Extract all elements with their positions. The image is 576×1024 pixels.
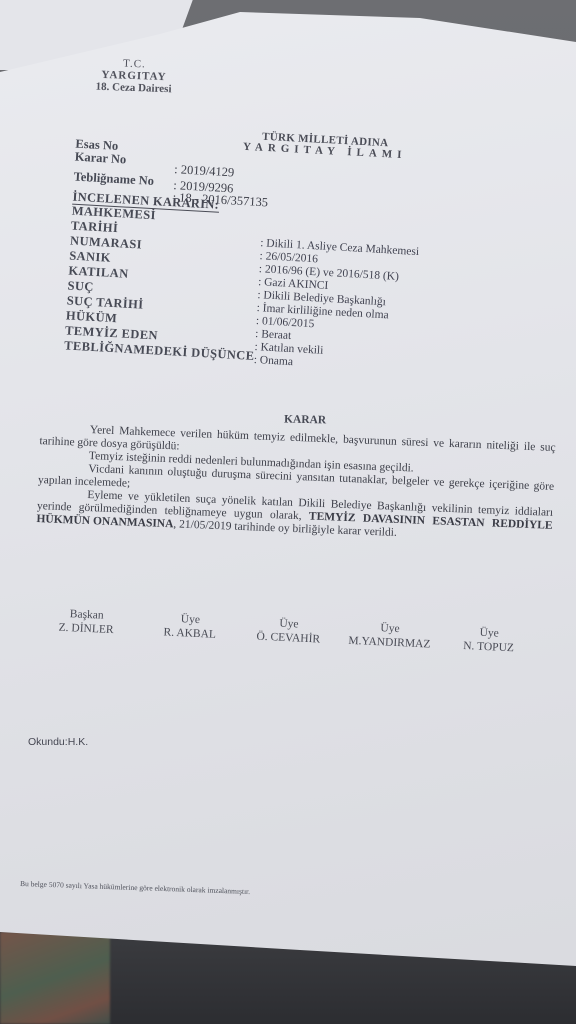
decision-body: Yerel Mahkemece verilen hüküm temyiz edi… (36, 422, 556, 546)
photo-scene: T.C. YARGITAY 18. Ceza Dairesi TÜRK MİLL… (0, 0, 576, 1024)
header-chamber: 18. Ceza Dairesi (83, 80, 183, 95)
signatory-name: M.YANDIRMAZ (348, 634, 431, 652)
signatory: Üye M.YANDIRMAZ (348, 620, 431, 652)
signatory: Üye R. AKBAL (163, 611, 217, 641)
read-by-note: Okundu:H.K. (28, 736, 88, 748)
reviewed-decision-section: İNCELENEN KARARIN: MAHKEMESİ TARİHİ NUMA… (64, 190, 576, 383)
signatory-name: N. TOPUZ (463, 639, 514, 655)
court-decision-document: T.C. YARGITAY 18. Ceza Dairesi TÜRK MİLL… (0, 0, 576, 1024)
signatory-name: Z. DİNLER (58, 621, 114, 637)
signatory: Üye Ö. CEVAHİR (256, 616, 321, 647)
signatory-name: R. AKBAL (163, 625, 216, 641)
decision-heading: KARAR (284, 414, 326, 427)
field-values: : Dikili 1. Asliye Ceza Mahkemesi : 26/0… (253, 237, 419, 376)
e-signature-footer: Bu belge 5070 sayılı Yasa hükümlerine gö… (20, 879, 250, 896)
signatory: Başkan Z. DİNLER (58, 607, 114, 637)
reviewed-decision-grid: MAHKEMESİ TARİHİ NUMARASI SANIK KATILAN … (64, 204, 576, 383)
signatory-name: Ö. CEVAHİR (256, 630, 320, 647)
signatories: Başkan Z. DİNLER Üye R. AKBAL Üye Ö. CEV… (57, 607, 559, 690)
issuer-header: T.C. YARGITAY 18. Ceza Dairesi (83, 56, 184, 95)
signatory: Üye N. TOPUZ (463, 625, 515, 655)
